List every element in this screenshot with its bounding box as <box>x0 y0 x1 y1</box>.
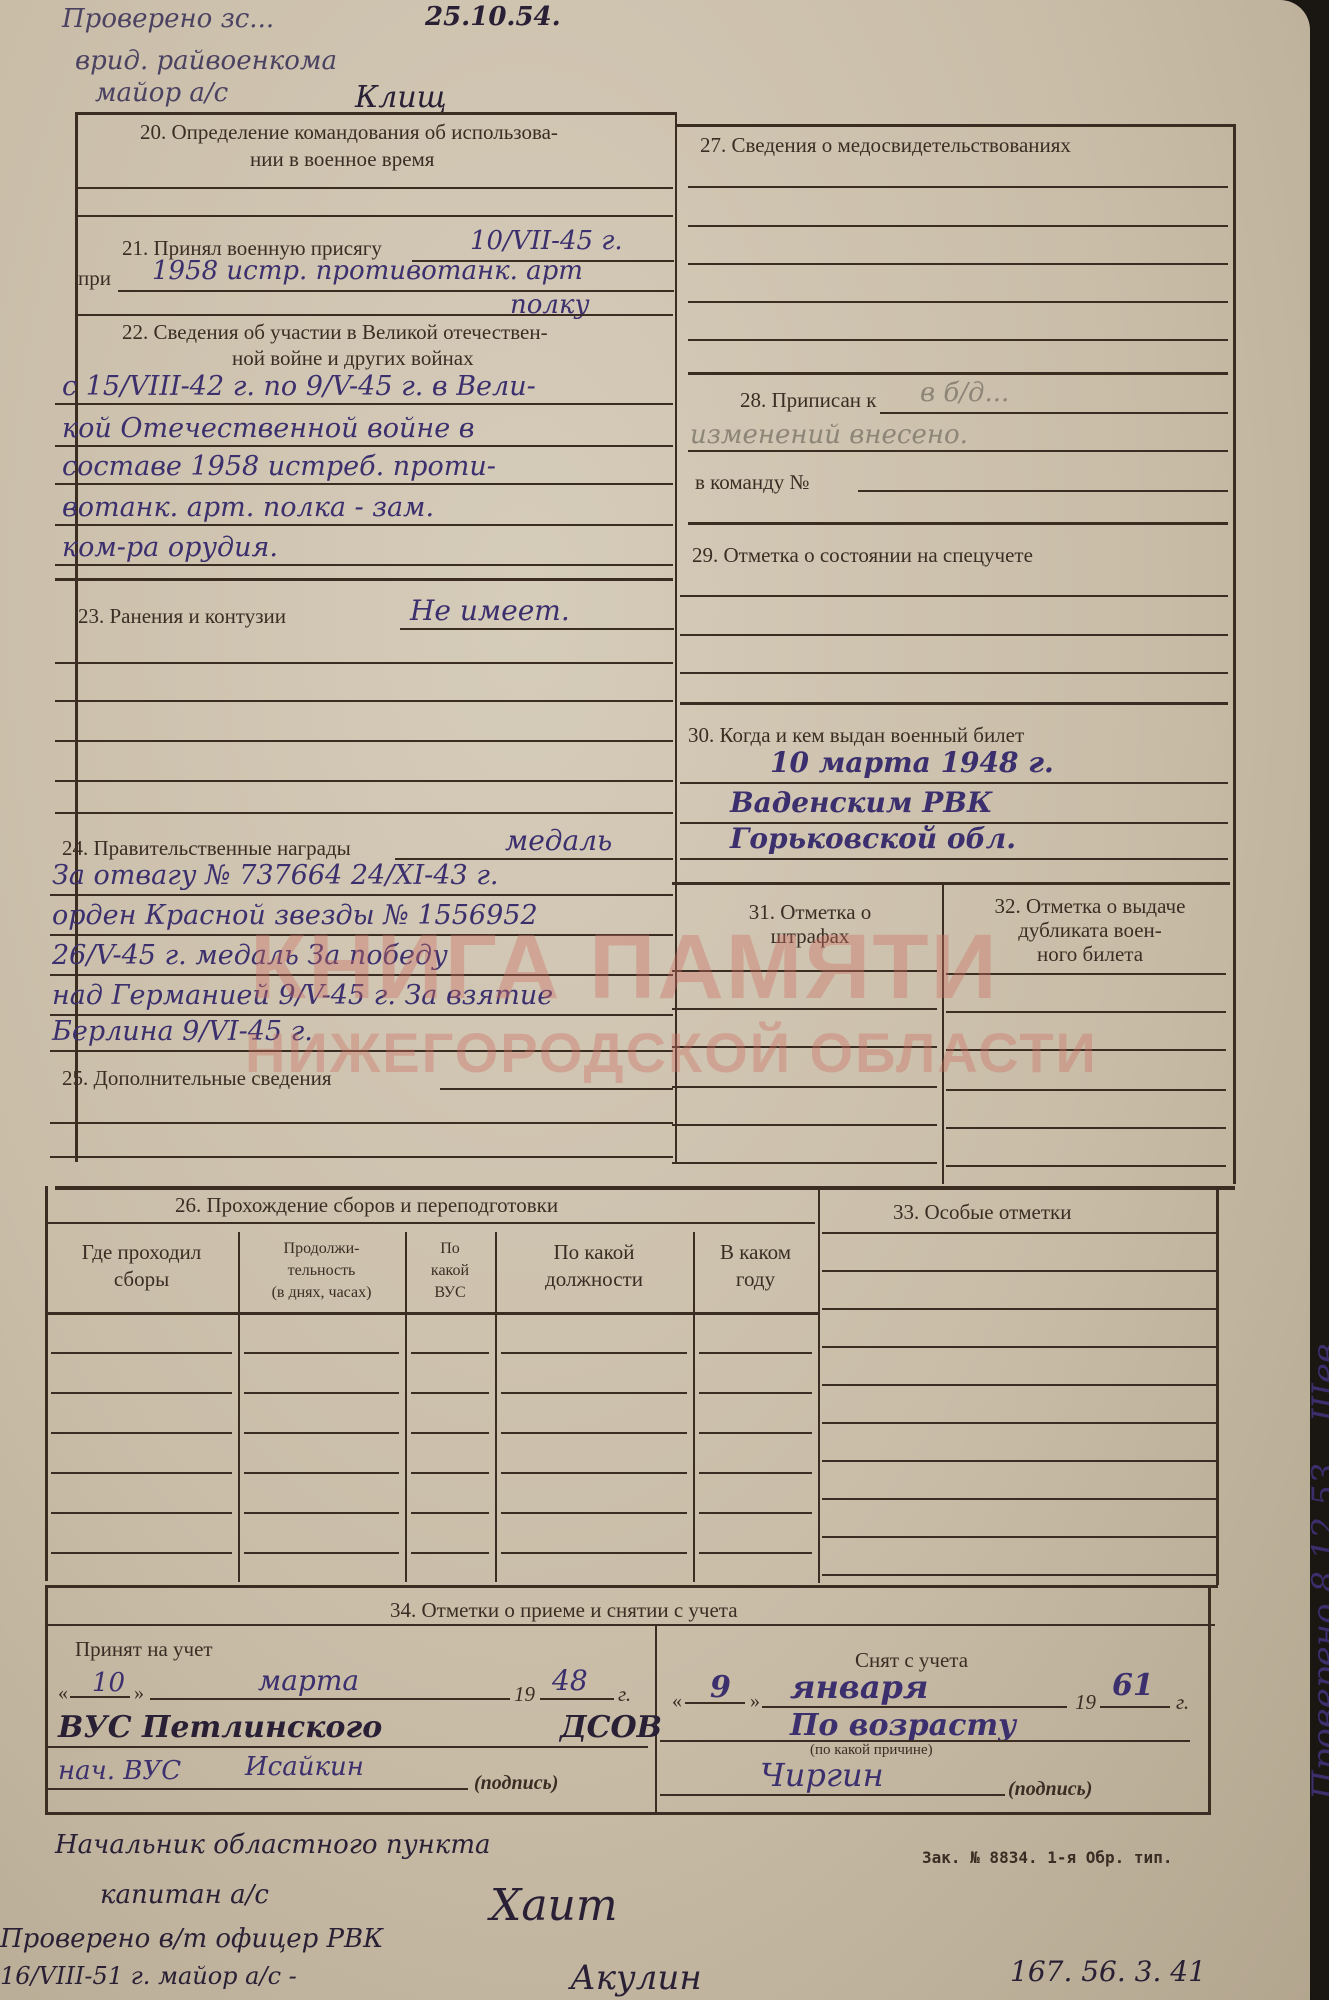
s26-row-rule <box>699 1472 812 1474</box>
s21-unit: 1958 истр. противотанк. арт <box>152 256 583 286</box>
s26-row-rule <box>51 1352 232 1354</box>
s25-line <box>440 1088 673 1090</box>
s28-bottom <box>688 522 1228 525</box>
s20-line <box>78 215 673 217</box>
s31-rule <box>672 1046 937 1048</box>
s27-bottom <box>688 372 1228 375</box>
s26-title: 26. Прохождение сборов и переподготовки <box>175 1193 558 1218</box>
s28-label2: в команду № <box>695 470 810 495</box>
s26-row-rule <box>699 1552 812 1554</box>
s25-line <box>50 1122 673 1124</box>
s26-row-rule <box>411 1472 489 1474</box>
s33-title-rule <box>822 1232 1216 1234</box>
s33-rule <box>822 1346 1216 1348</box>
s24-text-line: над Германией 9/V-45 г. За взятие <box>52 980 553 1011</box>
accepted-sign-line <box>48 1788 468 1790</box>
top-annotation-signature: Клищ <box>355 80 447 115</box>
s33-rule <box>822 1308 1216 1310</box>
side-annotation-text: Проверено 8.12.53 <box>1305 1463 1329 1800</box>
s27-line <box>688 339 1228 341</box>
s21-label-at: при <box>78 266 111 291</box>
bottom-annotation-signature1: Хаит <box>490 1880 618 1931</box>
s21-bottom <box>78 314 673 316</box>
s26-col-divider <box>495 1232 497 1582</box>
s31-rule <box>672 1162 937 1164</box>
frame-top-left <box>75 112 675 115</box>
removed-year-line <box>1100 1706 1170 1708</box>
s26-row-rule <box>501 1432 687 1434</box>
s28-line <box>858 490 1228 492</box>
accepted-year-suffix: г. <box>618 1682 631 1707</box>
s32-rule <box>946 1127 1226 1129</box>
top-annotation-line3: майор а/с <box>95 78 228 108</box>
s33-rule <box>822 1498 1216 1500</box>
s26-row-rule <box>699 1432 812 1434</box>
s31-top <box>672 882 1230 885</box>
accepted-year-prefix: 19 <box>514 1682 535 1707</box>
s26-header-bottom <box>45 1312 818 1315</box>
s26-column-header: ВУС <box>405 1284 495 1302</box>
accepted-vus-extra: ДСОВ <box>560 1710 662 1745</box>
s26-column-header: Продолжи- <box>238 1240 405 1258</box>
removed-year-suffix: г. <box>1176 1690 1189 1715</box>
s25-label: 25. Дополнительные сведения <box>62 1066 332 1091</box>
bottom-annotation-line2: капитан а/с <box>100 1880 269 1910</box>
removed-day-line <box>685 1702 745 1704</box>
s26-col-divider <box>405 1232 407 1582</box>
s33-rule <box>822 1574 1216 1576</box>
accepted-year: 48 <box>552 1664 588 1697</box>
accepted-label: Принят на учет <box>75 1637 213 1662</box>
s26-row-rule <box>411 1432 489 1434</box>
s33-rule <box>822 1384 1216 1386</box>
s26-row-rule <box>244 1432 399 1434</box>
top-annotation-date: 25.10.54. <box>425 2 561 32</box>
s30-rule <box>680 782 1228 784</box>
frame-middle <box>675 112 677 1162</box>
s23-line <box>55 780 673 782</box>
watermark-line2: НИЖЕГОРОДСКОЙ ОБЛАСТИ <box>245 1020 1098 1085</box>
top-annotation-line2: врид. райвоенкома <box>75 46 337 76</box>
removed-year-prefix: 19 <box>1075 1690 1096 1715</box>
s24-rule <box>50 1050 673 1052</box>
s26-row-rule <box>501 1512 687 1514</box>
s22-text-line: кой Отечественной войне в <box>62 413 474 444</box>
s29-line <box>680 672 1228 674</box>
accepted-signature: Исайкин <box>245 1752 364 1782</box>
removed-quote-open: « <box>672 1690 682 1713</box>
s28-line <box>688 450 1228 452</box>
s24-text-line: За отвагу № 737664 24/XI-43 г. <box>52 860 498 891</box>
side-annotation-signature: Шев <box>1305 1343 1329 1422</box>
s22-rule <box>55 524 673 526</box>
s24-text-line: Берлина 9/VI-45 г. <box>52 1016 313 1047</box>
s26-row-rule <box>244 1352 399 1354</box>
s31-rule <box>672 1086 937 1088</box>
bottom-annotation-line4: 16/VIII-51 г. майор а/с - <box>0 1962 297 1990</box>
s22-text-line: составе 1958 истреб. проти- <box>62 451 496 482</box>
removed-sign-label: (подпись) <box>1008 1778 1092 1801</box>
accepted-year-line <box>540 1698 614 1700</box>
s29-bottom <box>680 702 1228 705</box>
s32-rule <box>946 1011 1226 1013</box>
s26-column-header: сборы <box>45 1267 238 1292</box>
s28-value1: в б/д... <box>920 378 1009 408</box>
s26-row-rule <box>501 1352 687 1354</box>
s26-column-header: По какой <box>495 1240 693 1265</box>
s26-row-rule <box>501 1392 687 1394</box>
s26-row-rule <box>501 1552 687 1554</box>
s26-col-divider <box>238 1232 240 1582</box>
frame-top-right <box>675 124 1235 127</box>
s31-label-line1: 31. Отметка о <box>700 900 920 925</box>
accepted-day: 10 <box>92 1668 125 1698</box>
s26-row-rule <box>51 1552 232 1554</box>
removed-quote-close: » <box>750 1690 760 1713</box>
s31-label-line2: штрафах <box>700 924 920 949</box>
s30-label: 30. Когда и кем выдан военный билет <box>688 723 1024 748</box>
s26-column-header: должности <box>495 1267 693 1292</box>
s26-row-rule <box>411 1352 489 1354</box>
s31-rule <box>672 1008 937 1010</box>
s29-line <box>680 595 1228 597</box>
s23-line <box>400 628 674 630</box>
removed-signature: Чиргин <box>760 1756 884 1794</box>
s23-label: 23. Ранения и контузии <box>78 604 286 629</box>
s26-row-rule <box>699 1352 812 1354</box>
s26-column-header: какой <box>405 1262 495 1280</box>
s29-line <box>680 634 1228 636</box>
s22-text-line: ком-ра орудия. <box>62 532 278 563</box>
s32-rule <box>946 1165 1226 1167</box>
s21-line <box>118 290 674 292</box>
s30-text-line: 10 марта 1948 г. <box>770 746 1054 779</box>
s33-label: 33. Особые отметки <box>893 1200 1071 1225</box>
s30-text-line: Горьковской обл. <box>730 822 1016 855</box>
s26-row-rule <box>51 1512 232 1514</box>
frame-right <box>1233 124 1236 1184</box>
s26-row-rule <box>51 1472 232 1474</box>
top-annotation-line1: Проверено зс... <box>62 4 274 34</box>
archive-code: 167. 56. 3. 41 <box>1010 1955 1206 1988</box>
s26-row-rule <box>244 1512 399 1514</box>
s26-row-rule <box>244 1472 399 1474</box>
accepted-sign-label: (подпись) <box>474 1772 558 1795</box>
s32-rule <box>946 1049 1226 1051</box>
s27-line <box>688 186 1228 188</box>
section-divider <box>55 1186 1235 1190</box>
s33-rule <box>822 1270 1216 1272</box>
removed-month: января <box>790 1668 928 1706</box>
s20-line <box>78 187 673 189</box>
s26-frame-right <box>818 1188 820 1583</box>
side-annotation: Проверено 8.12.53 Шев <box>1305 1280 1329 1800</box>
s20-label-line1: 20. Определение командования об использо… <box>140 120 558 145</box>
s28-value2: изменений внесено. <box>690 420 968 450</box>
removed-reason: По возрасту <box>790 1708 1016 1743</box>
s32-label-line2: дубликата воен- <box>950 918 1230 943</box>
s22-rule <box>55 403 673 405</box>
bottom-annotation-line3: Проверено в/т офицер РВК <box>0 1924 383 1954</box>
s33-rule <box>822 1460 1216 1462</box>
s24-rule <box>50 894 673 896</box>
s23-line <box>55 662 673 664</box>
s26-row-rule <box>244 1552 399 1554</box>
s25-line <box>50 1156 673 1158</box>
s24-text-line: орден Красной звезды № 1556952 <box>52 900 538 931</box>
s32-rule <box>946 973 1226 975</box>
removed-year: 61 <box>1112 1668 1154 1703</box>
s23-line <box>55 812 673 814</box>
s34-top <box>45 1585 1218 1588</box>
s22-rule <box>55 445 673 447</box>
s31-rule <box>672 1124 937 1126</box>
bottom-annotation-line1: Начальник областного пункта <box>55 1830 491 1860</box>
s26-column-header: году <box>693 1267 818 1292</box>
accepted-month: марта <box>258 1664 359 1697</box>
s27-line <box>688 301 1228 303</box>
s26-column-header: По <box>405 1240 495 1258</box>
s24-first: медаль <box>505 824 612 857</box>
s26-row-rule <box>411 1512 489 1514</box>
s20-label-line2: нии в военное время <box>250 147 434 172</box>
s31-rule <box>672 970 937 972</box>
print-info: Зак. № 8834. 1-я Обр. тип. <box>922 1848 1172 1867</box>
s28-label: 28. Приписан к <box>740 388 876 413</box>
s30-text-line: Ваденским РВК <box>730 786 992 819</box>
accepted-day-line <box>70 1696 130 1698</box>
s26-column-header: Где проходил <box>45 1240 238 1265</box>
s34-title-line <box>45 1624 1215 1626</box>
s33-rule <box>822 1422 1216 1424</box>
s26-row-rule <box>51 1392 232 1394</box>
s26-row-rule <box>501 1472 687 1474</box>
s27-line <box>688 225 1228 227</box>
s22-rule <box>55 578 673 581</box>
bottom-annotation-signature2: Акулин <box>570 1958 702 1998</box>
s24-label: 24. Правительственные награды <box>62 836 351 861</box>
s26-col-divider <box>693 1232 695 1582</box>
s24-rule <box>50 934 673 936</box>
s32-rule <box>946 1089 1226 1091</box>
s26-row-rule <box>411 1392 489 1394</box>
s23-line <box>55 700 673 702</box>
s26-row-rule <box>51 1432 232 1434</box>
accepted-quote-open: « <box>58 1682 68 1705</box>
removed-day: 9 <box>710 1670 731 1705</box>
s21-oath-date: 10/VII-45 г. <box>470 226 623 256</box>
s26-title-line <box>45 1222 815 1224</box>
s24-rule <box>50 974 673 976</box>
s26-column-header: В каком <box>693 1240 818 1265</box>
accepted-month-line <box>150 1698 510 1700</box>
s31-divider <box>942 884 944 1184</box>
s26-row-rule <box>244 1392 399 1394</box>
s22-text-line: вотанк. арт. полка - зам. <box>62 492 434 523</box>
accepted-vus-line <box>48 1746 648 1748</box>
s26-row-rule <box>699 1512 812 1514</box>
s34-frame-right <box>1208 1585 1211 1813</box>
s22-label-line2: ной войне и других войнах <box>232 346 474 371</box>
s29-label: 29. Отметка о состоянии на спецучете <box>692 543 1033 568</box>
s23-value: Не имеет. <box>410 594 570 627</box>
s32-label-line3: ного билета <box>950 942 1230 967</box>
s33-rule <box>822 1536 1216 1538</box>
s26-row-rule <box>411 1552 489 1554</box>
s24-text-line: 26/V-45 г. медаль За победу <box>52 940 448 971</box>
s34-bottom <box>45 1812 1211 1815</box>
accepted-vus: ВУС Петлинского <box>58 1710 382 1745</box>
s32-label-line1: 32. Отметка о выдаче <box>950 894 1230 919</box>
s28-line <box>880 412 1228 414</box>
s26-column-header: тельность <box>238 1262 405 1280</box>
accepted-quote-close: » <box>134 1682 144 1705</box>
s27-line <box>688 263 1228 265</box>
s26-column-header: (в днях, часах) <box>238 1284 405 1302</box>
s34-title: 34. Отметки о приеме и снятии с учета <box>390 1598 738 1623</box>
s22-label-line1: 22. Сведения об участии в Великой отечес… <box>122 320 548 345</box>
s27-label: 27. Сведения о медосвидетельствованиях <box>700 133 1071 158</box>
s22-rule <box>55 564 673 566</box>
s22-text-line: с 15/VIII-42 г. по 9/V-45 г. в Вели- <box>62 371 536 402</box>
s23-line <box>55 740 673 742</box>
s22-rule <box>55 483 673 485</box>
s26-row-rule <box>699 1392 812 1394</box>
document-page: Проверено зс... 25.10.54. врид. райвоенк… <box>0 0 1310 2000</box>
removed-sign-line <box>660 1794 1005 1796</box>
s30-rule <box>680 858 1228 860</box>
s34-frame-left <box>45 1585 48 1813</box>
s33-frame-right <box>1216 1190 1219 1585</box>
accepted-chief: нач. ВУС <box>58 1756 181 1786</box>
